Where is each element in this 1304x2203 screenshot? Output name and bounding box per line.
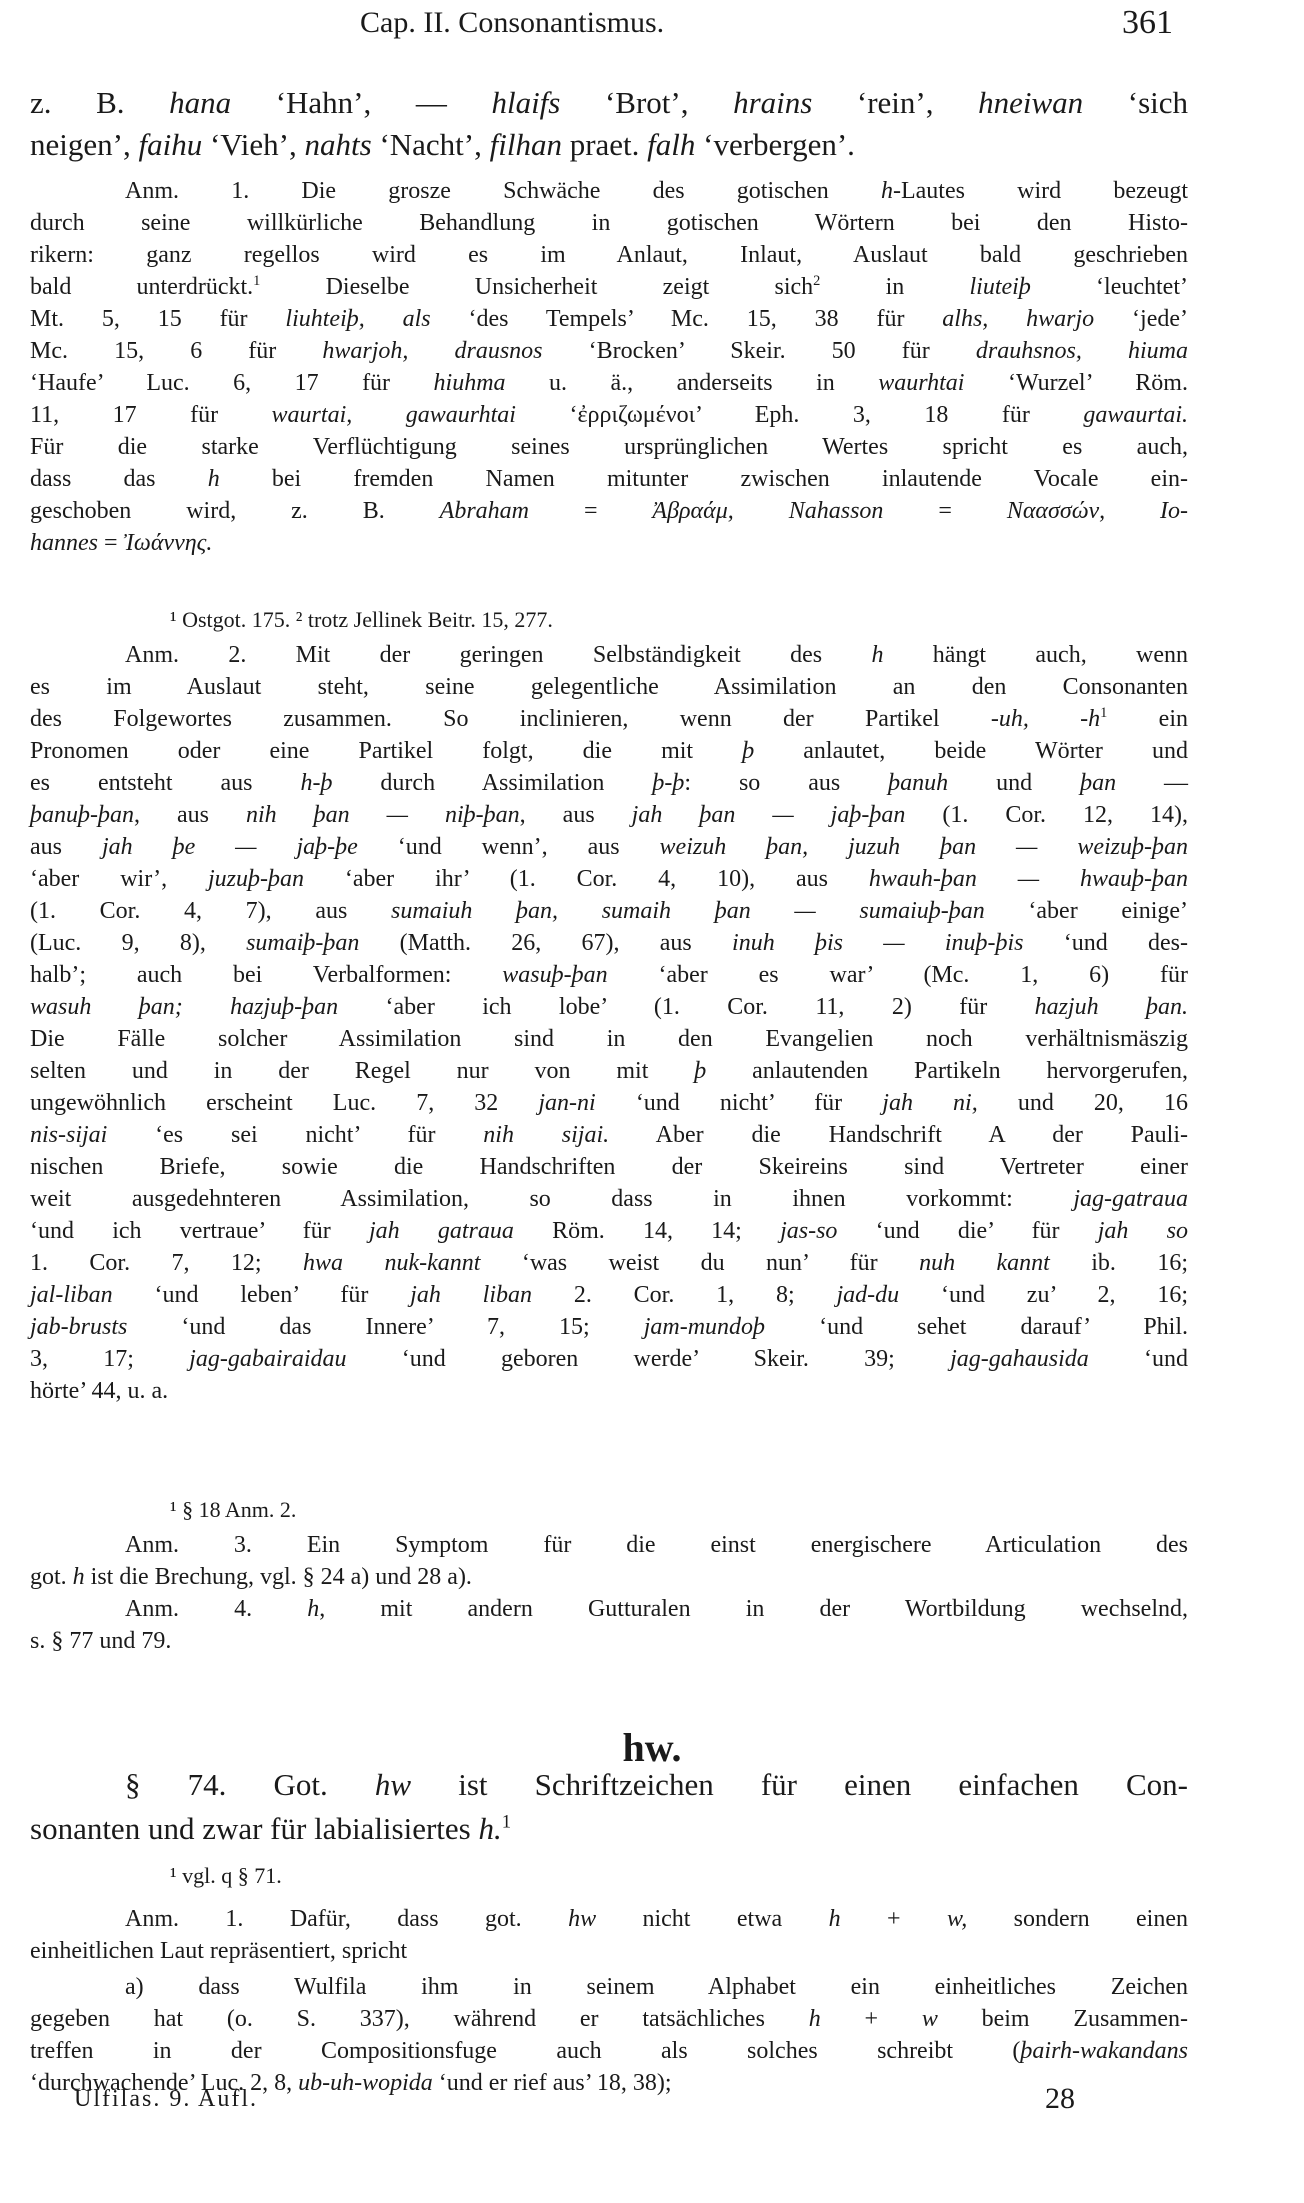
gothic-word: þ-þ — [652, 770, 684, 796]
text-line: ‘Haufe’ Luc. 6, 17 für hiuhma u. ä., and… — [30, 368, 1188, 398]
gothic-word: juzuþ-þan — [208, 866, 304, 892]
text-line: 11, 17 für waurtai, gawaurhtai ‘ἐρριζωμέ… — [30, 400, 1188, 430]
gothic-word: Ἀβραάμ, Nahasson — [652, 498, 883, 524]
text-run: ‘aber ihr’ (1. Cor. 4, 10), aus — [304, 866, 869, 892]
gothic-word: waurtai, gawaurhtai — [272, 402, 516, 428]
gothic-word: nuh kannt — [919, 1250, 1050, 1276]
text-run: es entsteht aus — [30, 770, 300, 796]
text-run: Für die starke Verflüchtigung seines urs… — [30, 434, 1188, 460]
gothic-word: hannes — [30, 530, 98, 556]
text-run: ‘verbergen’. — [695, 127, 855, 162]
gothic-word: -uh, -h — [991, 706, 1100, 732]
text-run: ‘und ich vertraue’ für — [30, 1218, 369, 1244]
gothic-word: hrains — [733, 85, 812, 120]
text-run: — — [1116, 770, 1188, 796]
text-run: (Luc. 9, 8), — [30, 930, 246, 956]
text-line: (Luc. 9, 8), sumaiþ-þan (Matth. 26, 67),… — [30, 928, 1188, 958]
text-run: ‘aber es war’ (Mc. 1, 6) für — [608, 962, 1188, 988]
gothic-word: hiuhma — [434, 370, 506, 396]
text-run: hörte’ 44, u. a. — [30, 1378, 168, 1404]
text-run: Anm. 4. — [125, 1596, 307, 1622]
text-run: und — [948, 770, 1080, 796]
text-run: ‘Hahn’, — — [231, 85, 491, 120]
text-line: gegeben hat (o. S. 337), während er tats… — [30, 2004, 1188, 2034]
gothic-word: jam-mundoþ — [644, 1314, 765, 1340]
text-line: hannes = Ἰωάννης. — [30, 528, 1188, 558]
gothic-word: jan-ni — [538, 1090, 595, 1116]
text-run: § 74. Got. — [125, 1767, 375, 1802]
gothic-word: þan — [1080, 770, 1116, 796]
running-header: Cap. II. Consonantismus. — [360, 6, 664, 40]
text-line: ‘aber wir’, juzuþ-þan ‘aber ihr’ (1. Cor… — [30, 864, 1188, 894]
book-page: Cap. II. Consonantismus. 361 z. B. hana … — [0, 0, 1304, 2203]
text-line: weit ausgedehnteren Assimilation, so das… — [30, 1184, 1188, 1214]
text-run: Anm. 3. Ein Symptom für die einst energi… — [125, 1532, 1188, 1558]
text-line: Anm. 2. Mit der geringen Selbständigkeit… — [125, 640, 1188, 670]
text-run: ein — [1107, 706, 1188, 732]
text-run: a) dass Wulfila ihm in seinem Alphabet e… — [125, 1974, 1188, 2000]
text-run: praet. — [562, 127, 647, 162]
gothic-word: sumaiuh þan, sumaih þan — sumaiuþ-þan — [391, 898, 985, 924]
text-line: aus jah þe — jaþ-þe ‘und wenn’, aus weiz… — [30, 832, 1188, 862]
gothic-word: Ναασσών, Io- — [1007, 498, 1188, 524]
text-run: ‘und er rief aus’ 18, 38); — [433, 2070, 672, 2096]
gothic-word: waurhtai — [878, 370, 964, 396]
text-run: ‘Nacht’, — [372, 127, 490, 162]
text-run: weit ausgedehnteren Assimilation, so das… — [30, 1186, 1073, 1212]
text-run: Pronomen oder eine Partikel folgt, die m… — [30, 738, 742, 764]
text-run: anlautenden Partikeln hervorgerufen, — [706, 1058, 1188, 1084]
gothic-word: hwauh-þan — hwauþ-þan — [869, 866, 1188, 892]
gothic-word: gawaurtai. — [1083, 402, 1188, 428]
text-line: Pronomen oder eine Partikel folgt, die m… — [30, 736, 1188, 766]
text-run: ungewöhnlich erscheint Luc. 7, 32 — [30, 1090, 538, 1116]
gothic-word: liuteiþ — [970, 274, 1031, 300]
text-line: nischen Briefe, sowie die Handschriften … — [30, 1152, 1188, 1182]
text-run: ‘ἐρριζωμένοι’ Eph. 3, 18 für — [516, 402, 1083, 428]
gothic-word: h — [829, 1906, 841, 1932]
text-run: ‘und nicht’ für — [596, 1090, 883, 1116]
text-run: ib. 16; — [1050, 1250, 1188, 1276]
gothic-word: h. — [479, 1811, 502, 1846]
gothic-word: wasuh þan; hazjuþ-þan — [30, 994, 338, 1020]
text-run: bald unterdrückt. — [30, 274, 253, 300]
gothic-word: h — [307, 1596, 319, 1622]
gothic-word: liuhteiþ, als — [285, 306, 430, 332]
text-line: Für die starke Verflüchtigung seines urs… — [30, 432, 1188, 462]
gothic-word: alhs, hwarjo — [942, 306, 1094, 332]
text-run: es im Auslaut steht, seine gelegentliche… — [30, 674, 1188, 700]
footnote-ref: 1 — [502, 1812, 511, 1833]
text-run: Anm. 1. Die grosze Schwäche des gotische… — [125, 178, 881, 204]
text-run: ‘was weist du nun’ für — [480, 1250, 919, 1276]
text-run: Mt. 5, 15 für — [30, 306, 285, 332]
text-line: rikern: ganz regellos wird es im Anlaut,… — [30, 240, 1188, 270]
text-run: ‘Wurzel’ Röm. — [964, 370, 1188, 396]
text-run: halb’; auch bei Verbalformen: — [30, 962, 502, 988]
text-run: treffen in der Compositionsfuge auch als… — [30, 2038, 1020, 2064]
text-line: nis-sijai ‘es sei nicht’ für nih sijai. … — [30, 1120, 1188, 1150]
text-run: -Lautes wird bezeugt — [893, 178, 1188, 204]
text-line: § 74. Got. hw ist Schriftzeichen für ein… — [125, 1766, 1188, 1804]
text-line: geschoben wird, z. B. Abraham = Ἀβραάμ, … — [30, 496, 1188, 526]
gothic-word: þanuh — [888, 770, 948, 796]
gothic-word: jah þe — jaþ-þe — [102, 834, 358, 860]
text-run: (Matth. 26, 67), aus — [359, 930, 732, 956]
text-run: bei fremden Namen mitunter zwischen inla… — [220, 466, 1188, 492]
text-run: ‘und geboren werde’ Skeir. 39; — [347, 1346, 951, 1372]
gothic-word: jag-gabairaidau — [189, 1346, 346, 1372]
text-line: s. § 77 und 79. — [30, 1626, 1188, 1656]
text-run: Röm. 14, 14; — [514, 1218, 780, 1244]
text-line: neigen’, faihu ‘Vieh’, nahts ‘Nacht’, fi… — [30, 126, 1188, 164]
gothic-word: hwarjoh, drausnos — [322, 338, 542, 364]
text-line: Anm. 3. Ein Symptom für die einst energi… — [125, 1530, 1188, 1560]
gothic-word: jah ni, — [882, 1090, 977, 1116]
gothic-word: hana — [169, 85, 231, 120]
footer-sheet-number: 28 — [1045, 2082, 1075, 2116]
gothic-word: h — [208, 466, 220, 492]
text-run: nischen Briefe, sowie die Handschriften … — [30, 1154, 1188, 1180]
text-line: Anm. 4. h, mit andern Gutturalen in der … — [125, 1594, 1188, 1624]
gothic-word: nahts — [305, 127, 372, 162]
text-run: und 20, 16 — [978, 1090, 1188, 1116]
text-run: s. § 77 und 79. — [30, 1628, 171, 1654]
text-run: ‘Haufe’ Luc. 6, 17 für — [30, 370, 434, 396]
gothic-word: filhan — [490, 127, 562, 162]
text-line: þanuþ-þan, aus nih þan — niþ-þan, aus ja… — [30, 800, 1188, 830]
text-run: 11, 17 für — [30, 402, 272, 428]
gothic-word: weizuh þan, juzuh þan — weizuþ-þan — [660, 834, 1188, 860]
text-line: durch seine willkürliche Behandlung in g… — [30, 208, 1188, 238]
text-line: halb’; auch bei Verbalformen: wasuþ-þan … — [30, 960, 1188, 990]
text-run: durch Assimilation — [332, 770, 652, 796]
gothic-word: nih sijai. — [483, 1122, 609, 1148]
text-run: 3, 17; — [30, 1346, 189, 1372]
text-run: ‘aber wir’, — [30, 866, 208, 892]
text-run: sonanten und zwar für labialisiertes — [30, 1811, 479, 1846]
gothic-word: þ — [694, 1058, 706, 1084]
text-run: : so aus — [684, 770, 888, 796]
gothic-word: h-þ — [300, 770, 332, 796]
gothic-word: w, — [947, 1906, 967, 1932]
text-run: ‘und das Innere’ 7, 15; — [127, 1314, 643, 1340]
text-run: durch seine willkürliche Behandlung in g… — [30, 210, 1188, 236]
text-run: ‘und wenn’, aus — [358, 834, 660, 860]
gothic-word: falh — [647, 127, 695, 162]
text-line: selten und in der Regel nur von mit þ an… — [30, 1056, 1188, 1086]
text-run: aus — [30, 834, 102, 860]
text-run: ‘Brocken’ Skeir. 50 für — [543, 338, 976, 364]
text-line: sonanten und zwar für labialisiertes h.1 — [30, 1810, 1188, 1848]
text-run: dass das — [30, 466, 208, 492]
text-run: = — [529, 498, 652, 524]
gothic-word: þanuþ-þan — [30, 802, 134, 828]
footnote: ¹ § 18 Anm. 2. — [170, 1496, 296, 1524]
text-run: , aus — [134, 802, 246, 828]
text-run: , aus — [520, 802, 632, 828]
gothic-word: nis-sijai — [30, 1122, 107, 1148]
text-run: Aber die Handschrift A der Pauli- — [609, 1122, 1188, 1148]
text-run: = — [883, 498, 1006, 524]
text-run: hängt auch, wenn — [883, 642, 1188, 668]
section-heading: hw. — [0, 1724, 1304, 1771]
gothic-word: hneiwan — [978, 85, 1083, 120]
text-run: (1. Cor. 4, 7), aus — [30, 898, 391, 924]
text-run: selten und in der Regel nur von mit — [30, 1058, 694, 1084]
text-line: got. h ist die Brechung, vgl. § 24 a) un… — [30, 1562, 1188, 1592]
text-run: ‘jede’ — [1094, 306, 1188, 332]
text-run: ist die Brechung, vgl. § 24 a) und 28 a)… — [85, 1564, 472, 1590]
text-line: a) dass Wulfila ihm in seinem Alphabet e… — [125, 1972, 1188, 2002]
text-run: Anm. 2. Mit der geringen Selbständigkeit… — [125, 642, 871, 668]
text-run: ‘leuchtet’ — [1031, 274, 1188, 300]
text-run: ‘und leben’ für — [113, 1282, 410, 1308]
gothic-word: hlaifs — [491, 85, 560, 120]
text-run: ‘es sei nicht’ für — [107, 1122, 483, 1148]
gothic-word: jag-gatraua — [1073, 1186, 1188, 1212]
text-run: ‘aber einige’ — [985, 898, 1188, 924]
text-run: ‘Vieh’, — [202, 127, 304, 162]
gothic-word: jal-liban — [30, 1282, 113, 1308]
text-line: Die Fälle solcher Assimilation sind in d… — [30, 1024, 1188, 1054]
text-run: Die Fälle solcher Assimilation sind in d… — [30, 1026, 1188, 1052]
text-run: neigen’, — [30, 127, 138, 162]
text-line: einheitlichen Laut repräsentiert, sprich… — [30, 1936, 1188, 1966]
text-run: ‘und — [1089, 1346, 1188, 1372]
gothic-word: hw — [568, 1906, 596, 1932]
text-run: des Folgewortes zusammen. So inclinieren… — [30, 706, 991, 732]
text-run: z. B. — [30, 85, 169, 120]
text-run: got. — [30, 1564, 73, 1590]
gothic-word: w — [922, 2006, 938, 2032]
text-run: gegeben hat (o. S. 337), während er tats… — [30, 2006, 809, 2032]
text-run: ‘des Tempels’ Mc. 15, 38 für — [431, 306, 943, 332]
text-run: einheitlichen Laut repräsentiert, sprich… — [30, 1938, 407, 1964]
text-run: in — [820, 274, 969, 300]
gothic-word: jah so — [1098, 1218, 1188, 1244]
gothic-word: jag-gahausida — [950, 1346, 1089, 1372]
text-run: u. ä., anderseits in — [506, 370, 879, 396]
text-run: , mit andern Gutturalen in der Wortbildu… — [319, 1596, 1188, 1622]
gothic-word: jad-du — [836, 1282, 899, 1308]
text-run: geschoben wird, z. B. — [30, 498, 440, 524]
gothic-word: inuh þis — inuþ-þis — [732, 930, 1023, 956]
gothic-word: jah þan — jaþ-þan — [632, 802, 906, 828]
gothic-word: jas-so — [780, 1218, 837, 1244]
text-run: ‘Brot’, — [560, 85, 733, 120]
text-run: ist Schriftzeichen für einen einfachen C… — [411, 1767, 1188, 1802]
text-line: (1. Cor. 4, 7), aus sumaiuh þan, sumaih … — [30, 896, 1188, 926]
text-line: hörte’ 44, u. a. — [30, 1376, 1188, 1406]
text-line: Anm. 1. Die grosze Schwäche des gotische… — [125, 176, 1188, 206]
gothic-word: h — [809, 2006, 821, 2032]
gothic-word: drauhsnos, hiuma — [976, 338, 1188, 364]
text-run: ‘und die’ für — [837, 1218, 1097, 1244]
text-line: ‘und ich vertraue’ für jah gatraua Röm. … — [30, 1216, 1188, 1246]
footer-signature: Ulfilas. 9. Aufl. — [74, 2086, 258, 2113]
text-line: z. B. hana ‘Hahn’, — hlaifs ‘Brot’, hrai… — [30, 84, 1188, 122]
text-line: dass das h bei fremden Namen mitunter zw… — [30, 464, 1188, 494]
text-run: sondern einen — [967, 1906, 1188, 1932]
gothic-word: Ἰωάννης. — [124, 530, 213, 556]
footnote: ¹ vgl. q § 71. — [170, 1862, 282, 1890]
text-line: 1. Cor. 7, 12; hwa nuk-kannt ‘was weist … — [30, 1248, 1188, 1278]
footnote: ¹ Ostgot. 175. ² trotz Jellinek Beitr. 1… — [170, 606, 553, 634]
text-run: ‘und sehet darauf’ Phil. — [765, 1314, 1188, 1340]
text-run: (1. Cor. 12, 14), — [905, 802, 1188, 828]
text-run: nicht etwa — [596, 1906, 829, 1932]
gothic-word: hwa nuk-kannt — [303, 1250, 480, 1276]
text-line: Mc. 15, 6 für hwarjoh, drausnos ‘Brocken… — [30, 336, 1188, 366]
text-run: Anm. 1. Dafür, dass got. — [125, 1906, 568, 1932]
text-line: jal-liban ‘und leben’ für jah liban 2. C… — [30, 1280, 1188, 1310]
gothic-word: hw — [375, 1767, 411, 1802]
text-line: es im Auslaut steht, seine gelegentliche… — [30, 672, 1188, 702]
text-run: ‘sich — [1083, 85, 1188, 120]
gothic-word: hazjuh þan. — [1035, 994, 1188, 1020]
text-run: + — [841, 1906, 947, 1932]
gothic-word: þ — [742, 738, 754, 764]
gothic-word: ub-uh-wopida — [298, 2070, 433, 2096]
gothic-word: jah gatraua — [369, 1218, 514, 1244]
text-line: ungewöhnlich erscheint Luc. 7, 32 jan-ni… — [30, 1088, 1188, 1118]
gothic-word: h — [73, 1564, 85, 1590]
text-run: ‘und zu’ 2, 16; — [899, 1282, 1188, 1308]
text-run: beim Zusammen- — [938, 2006, 1188, 2032]
text-line: 3, 17; jag-gabairaidau ‘und geboren werd… — [30, 1344, 1188, 1374]
text-run: ‘aber ich lobe’ (1. Cor. 11, 2) für — [338, 994, 1034, 1020]
gothic-word: jah liban — [410, 1282, 532, 1308]
gothic-word: Abraham — [440, 498, 529, 524]
page-number: 361 — [1122, 4, 1173, 42]
text-run: + — [821, 2006, 922, 2032]
text-line: Mt. 5, 15 für liuhteiþ, als ‘des Tempels… — [30, 304, 1188, 334]
text-run: ‘und des- — [1024, 930, 1189, 956]
text-line: es entsteht aus h-þ durch Assimilation þ… — [30, 768, 1188, 798]
text-run: 1. Cor. 7, 12; — [30, 1250, 303, 1276]
text-run: rikern: ganz regellos wird es im Anlaut,… — [30, 242, 1188, 268]
text-run: anlautet, beide Wörter und — [754, 738, 1188, 764]
text-run: ‘rein’, — [812, 85, 978, 120]
gothic-word: nih þan — niþ-þan — [246, 802, 520, 828]
text-run: = — [98, 530, 124, 556]
gothic-word: h — [871, 642, 883, 668]
gothic-word: h — [881, 178, 893, 204]
gothic-word: jab-brusts — [30, 1314, 127, 1340]
text-line: wasuh þan; hazjuþ-þan ‘aber ich lobe’ (1… — [30, 992, 1188, 1022]
text-line: des Folgewortes zusammen. So inclinieren… — [30, 704, 1188, 734]
text-run: 2. Cor. 1, 8; — [532, 1282, 836, 1308]
text-line: Anm. 1. Dafür, dass got. hw nicht etwa h… — [125, 1904, 1188, 1934]
gothic-word: faihu — [138, 127, 202, 162]
text-line: jab-brusts ‘und das Innere’ 7, 15; jam-m… — [30, 1312, 1188, 1342]
text-run: Mc. 15, 6 für — [30, 338, 322, 364]
text-line: treffen in der Compositionsfuge auch als… — [30, 2036, 1188, 2066]
text-line: bald unterdrückt.1 Dieselbe Unsicherheit… — [30, 272, 1188, 302]
gothic-word: wasuþ-þan — [502, 962, 607, 988]
gothic-word: sumaiþ-þan — [246, 930, 359, 956]
text-run: Dieselbe Unsicherheit zeigt sich — [260, 274, 813, 300]
gothic-word: þairh-wakandans — [1020, 2038, 1188, 2064]
